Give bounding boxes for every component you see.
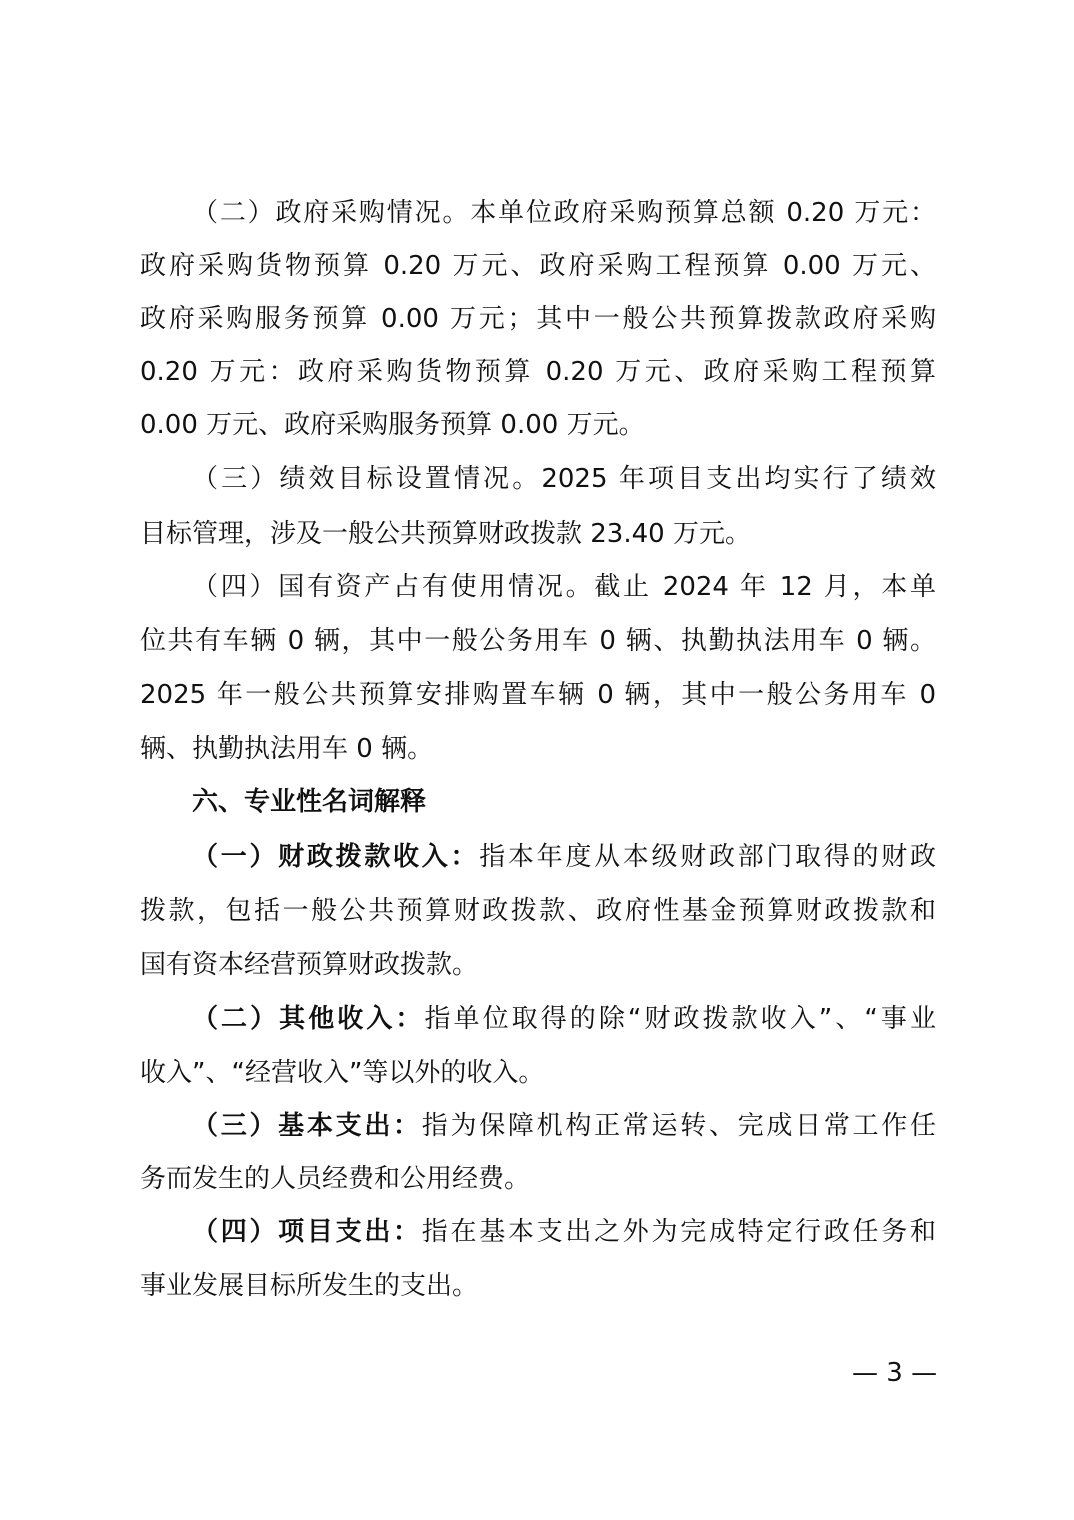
procurement-line-5: 0.00 万元、政府采购服务预算 0.00 万元。 [140,408,936,442]
assets-line-4: 辆、执勤执法用车 0 辆。 [140,732,936,766]
glossary-1-line-3: 国有资本经营预算财政拨款。 [140,948,936,982]
glossary-3-line-1: （三）基本支出：指为保障机构正常运转、完成日常工作任 [140,1109,936,1143]
glossary-3-line-2: 务而发生的人员经费和公用经费。 [140,1162,936,1196]
performance-line-2: 目标管理，涉及一般公共预算财政拨款 23.40 万元。 [140,517,936,551]
assets-line-1: （四）国有资产占有使用情况。截止 2024 年 12 月，本单 [140,570,936,604]
glossary-term: （四）项目支出： [192,1217,422,1247]
assets-line-3: 2025 年一般公共预算安排购置车辆 0 辆，其中一般公务用车 0 [140,678,936,712]
glossary-2-line-2: 收入”、“经营收入”等以外的收入。 [140,1056,936,1090]
glossary-4-line-2: 事业发展目标所发生的支出。 [140,1269,936,1303]
performance-line-1: （三）绩效目标设置情况。2025 年项目支出均实行了绩效 [140,462,936,496]
glossary-2-line-1: （二）其他收入：指单位取得的除“财政拨款收入”、“事业 [140,1002,936,1036]
document-page: （二）政府采购情况。本单位政府采购预算总额 0.20 万元： 政府采购货物预算 … [0,0,1074,1520]
glossary-4-line-1: （四）项目支出：指在基本支出之外为完成特定行政任务和 [140,1215,936,1249]
procurement-text: 本单位政府采购预算总额 0.20 万元： [470,198,936,228]
glossary-1-line-1: （一）财政拨款收入：指本年度从本级财政部门取得的财政 [140,840,936,874]
glossary-1-line-2: 拨款，包括一般公共预算财政拨款、政府性基金预算财政拨款和 [140,894,936,928]
assets-text: 截止 2024 年 12 月，本单 [594,572,936,602]
glossary-definition: 指单位取得的除“财政拨款收入”、“事业 [424,1004,936,1034]
procurement-line-4: 0.20 万元：政府采购货物预算 0.20 万元、政府采购工程预算 [140,355,936,389]
glossary-definition: 指在基本支出之外为完成特定行政任务和 [422,1217,936,1247]
procurement-lead: （二）政府采购情况。 [192,198,470,228]
assets-lead: （四）国有资产占有使用情况。 [192,572,594,602]
section-heading-glossary: 六、专业性名词解释 [192,785,426,819]
procurement-line-3: 政府采购服务预算 0.00 万元；其中一般公共预算拨款政府采购 [140,302,936,336]
glossary-term: （一）财政拨款收入： [192,842,479,872]
glossary-definition: 指本年度从本级财政部门取得的财政 [479,842,936,872]
glossary-term: （二）其他收入： [192,1004,424,1034]
assets-line-2: 位共有车辆 0 辆，其中一般公务用车 0 辆、执勤执法用车 0 辆。 [140,624,936,658]
procurement-line-2: 政府采购货物预算 0.20 万元、政府采购工程预算 0.00 万元、 [140,249,936,283]
glossary-term: （三）基本支出： [192,1111,422,1141]
page-number: — 3 — [852,1356,937,1390]
performance-text: 2025 年项目支出均实行了绩效 [541,464,936,494]
performance-lead: （三）绩效目标设置情况。 [192,464,541,494]
procurement-line-1: （二）政府采购情况。本单位政府采购预算总额 0.20 万元： [140,196,936,230]
glossary-definition: 指为保障机构正常运转、完成日常工作任 [422,1111,936,1141]
